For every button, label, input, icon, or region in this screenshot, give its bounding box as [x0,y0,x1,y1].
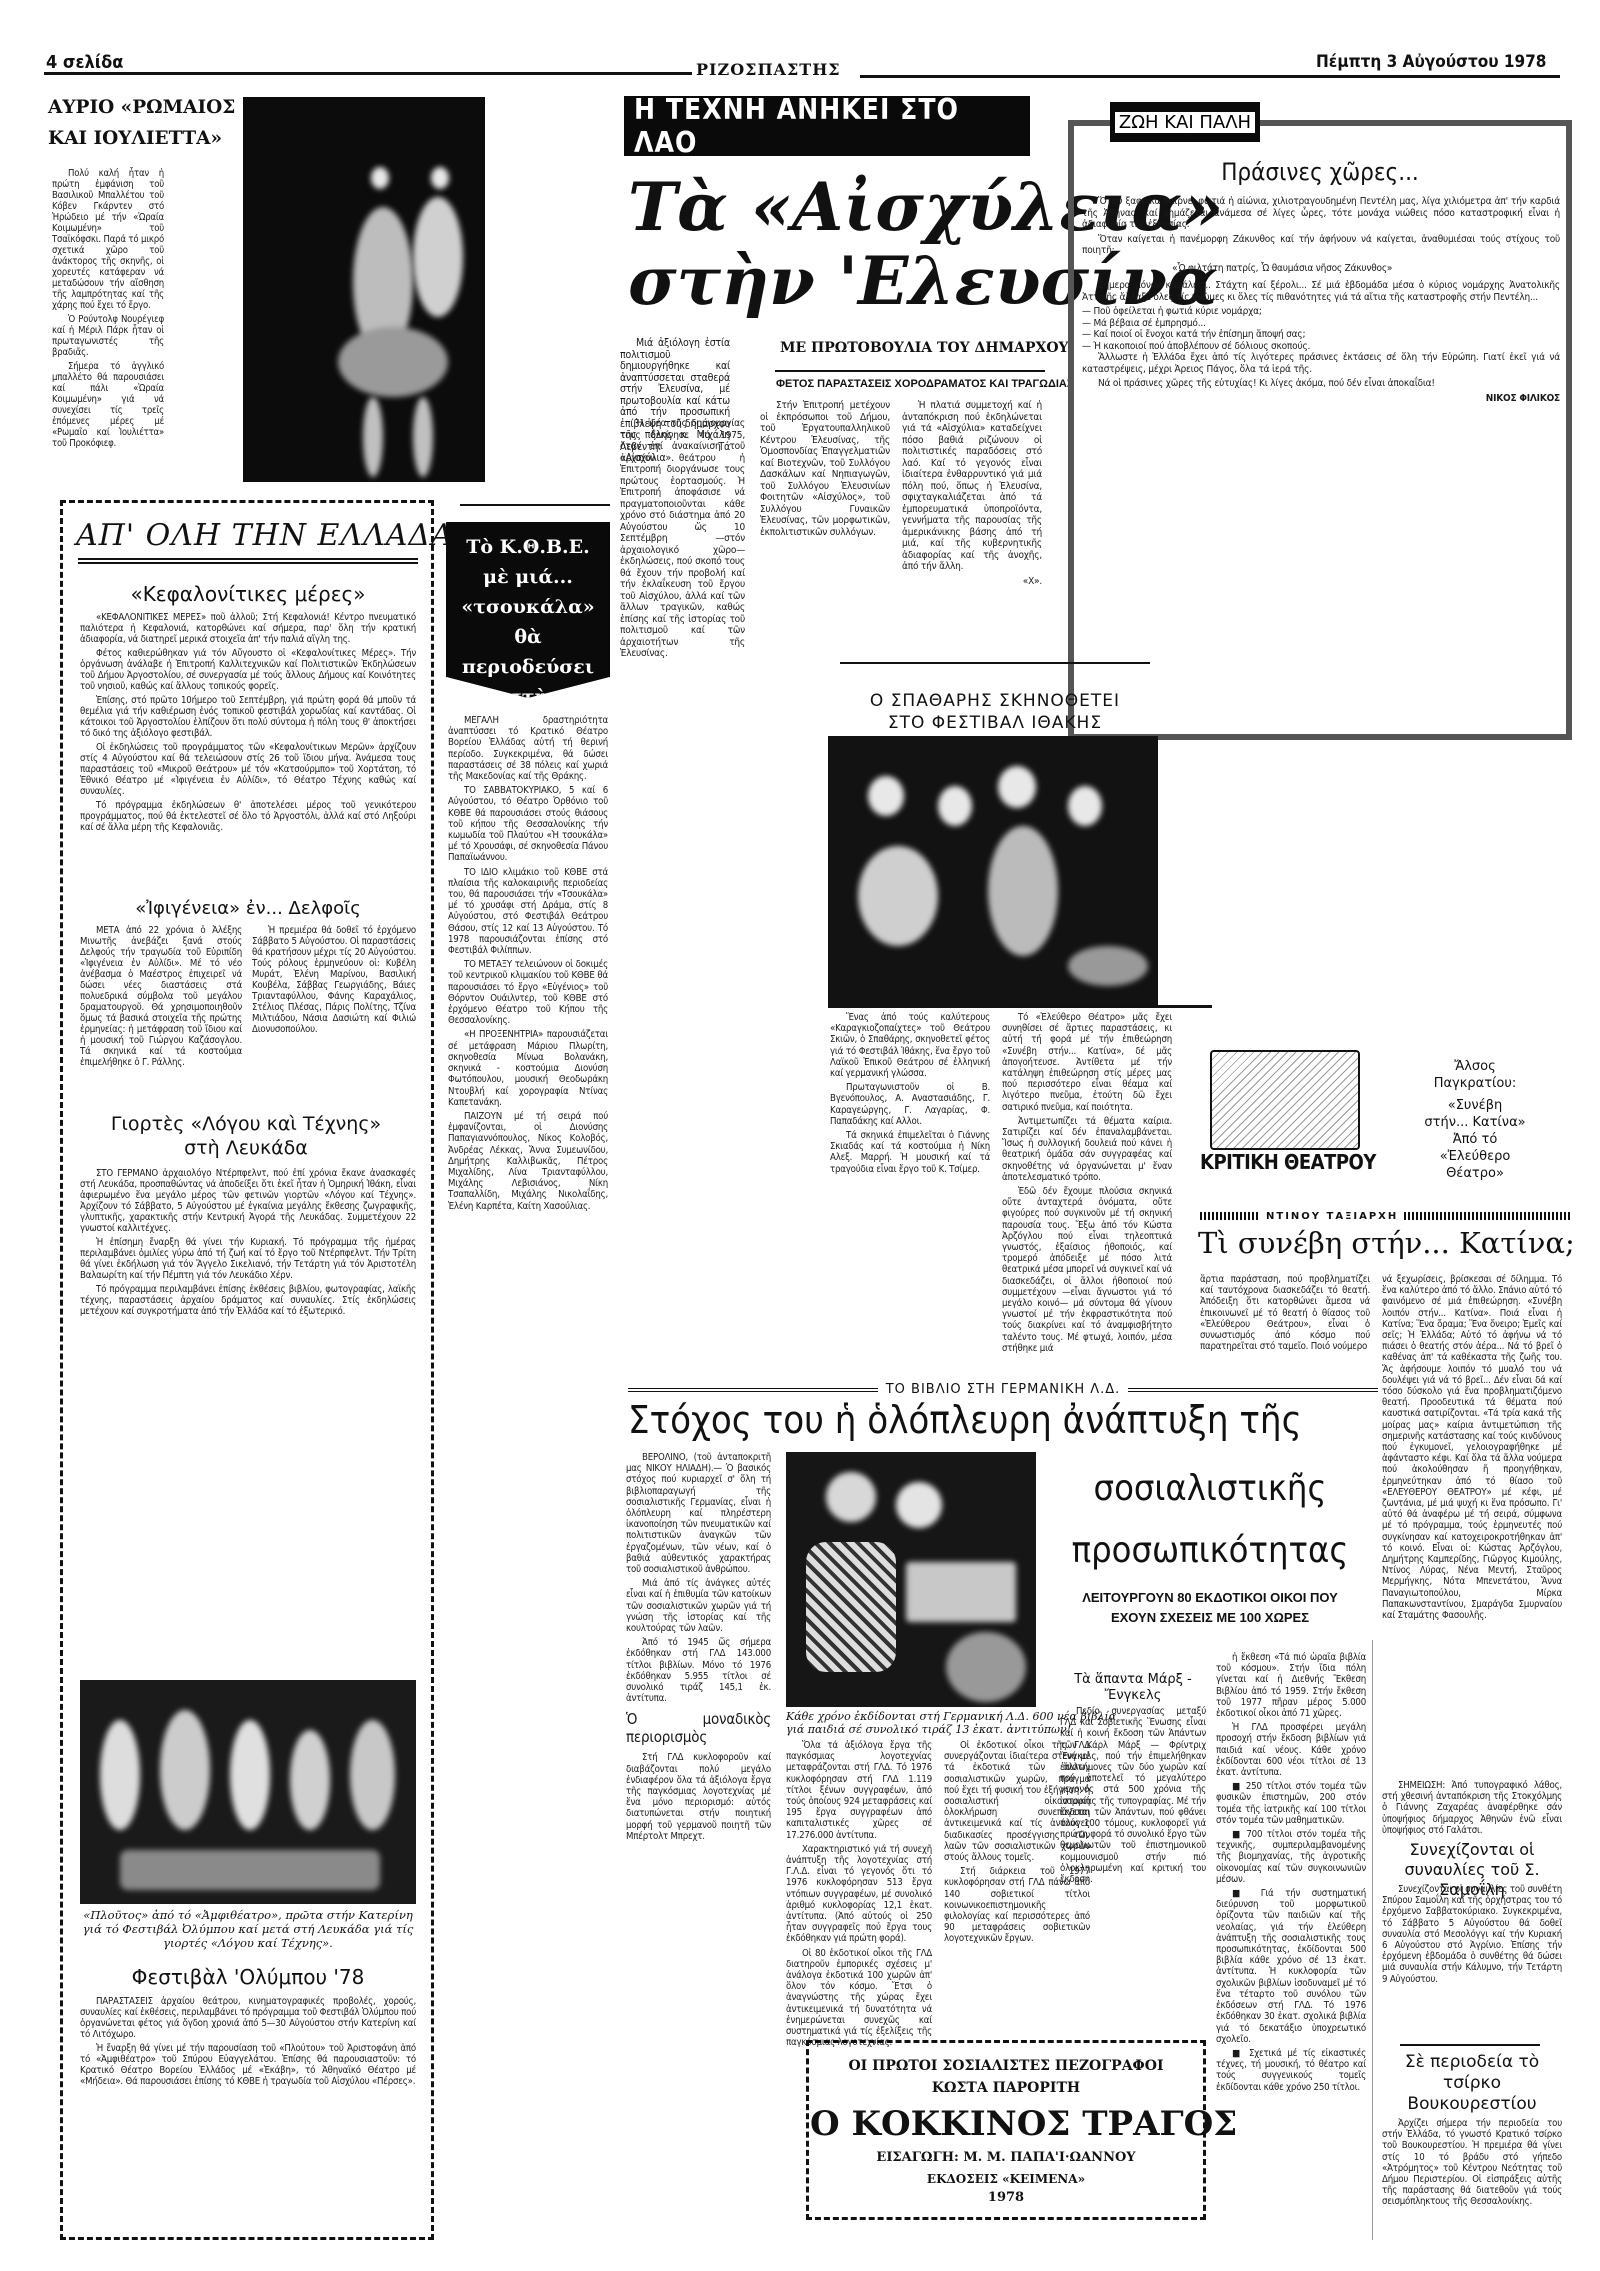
zoi-kai-pali-top-rule [1260,120,1572,126]
review-intro-p2: Ἀντιμετωπίζει τά θέματα καίρια. Σατιρίζε… [1002,1116,1172,1183]
ddr-col-4: Πεδίο συνεργασίας μεταξύ ΓΛΔ καί Σοβιετι… [1060,1706,1206,1888]
ploutos-photo [80,1680,416,1904]
issue-date: Πέμπτη 3 Αὐγούστου 1978 [1316,52,1546,72]
kefalonia-p1: «ΚΕΦΑΛΟΝΙΤΙΚΕΣ ΜΕΡΕΣ» ποῦ ἀλλοῦ; Στή Κεφ… [80,612,416,645]
venue-line: Παγκρατίου: [1400,1075,1550,1092]
review-col-3: νά ξεχωρίσεις, βρίσκεσαι σέ δίλημμα. Τό … [1382,1274,1562,1621]
giortes-title: Γιορτὲς «Λόγου καὶ Τέχνης» στὴ Λευκάδα [96,1112,396,1160]
aeschylia-col-3: Ἡ πλατιά συμμετοχή καί ἡ ἀνταπόκριση πού… [902,400,1042,587]
olympus-p1: ΠΑΡΑΣΤΑΣΕΙΣ ἀρχαίου θεάτρου, κινηματογρα… [80,1996,416,2040]
zoi-p1: Ὅταν ξαφνικά παίρνει φωτιά ἡ αἰώνια, χιλ… [1082,196,1560,231]
kthve-box-title: Τὸ Κ.Θ.Β.Ε. μὲ μιά... «τσουκάλα» θὰ περι… [453,532,603,742]
review-intro: Τό «Ἐλεύθερο Θέατρο» μᾶς ἔχει συνηθίσει … [1002,1012,1172,1357]
aeschylia-signature: «Χ». [902,576,1042,588]
ddr-headline-line2: σοσιαλιστικῆς [1050,1468,1370,1509]
zoi-p4: Ἄλλωστε ἡ Ἑλλάδα ἔχει ἀπό τίς λιγότερες … [1082,352,1560,375]
ddr-col-2-p2: Χαρακτηριστικό γιά τή συνεχῆ ἀνάπτυξη τῆ… [786,1844,932,1945]
ifigeneia-col-2: Ἡ πρεμιέρα θά δοθεῖ τό ἐρχόμενο Σάββατο … [252,925,416,1038]
kthve-p5: «Η ΠΡΟΞΕΝΗΤΡΙΑ» παρουσιάζεται σέ μετάφρα… [448,1029,608,1107]
review-intro-p3: Ἐδῶ δέν ἔχουμε πλούσια σκηνικά οὔτε ἀντα… [1002,1186,1172,1354]
aeschylia-col-2-text: Στήν Ἐπιτροπή μετέχουν οἱ ἐκπρόσωποι τοῦ… [760,400,890,538]
zoi-kai-pali-body: Ὅταν ξαφνικά παίρνει φωτιά ἡ αἰώνια, χιλ… [1082,196,1560,404]
romeo-paragraph-2: Ὁ Ρούντολφ Νουρέγιεφ καί ἡ Μέριλ Πάρκ ἦτ… [52,314,164,358]
giortes-p2: Ἡ ἐπίσημη ἔναρξη θά γίνει τήν Κυριακή. Τ… [80,1237,416,1281]
zoi-dialogue-line: — Ποῦ ὀφείλεται ἡ φωτιά κύριε νομάρχα; [1082,306,1560,318]
spatharis-title-line2: ΣΤΟ ΦΕΣΤΙΒΑΛ ΙΘΑΚΗΣ [830,712,1160,734]
aeschylia-subhead-2: ΦΕΤΟΣ ΠΑΡΑΣΤΑΣΕΙΣ ΧΟΡΟΔΡΑΜΑΤΟΣ ΚΑΙ ΤΡΑΓΩ… [776,378,1046,390]
kthve-p2: ΤΟ ΣΑΒΒΑΤΟΚΥΡΙΑΚΟ, 5 καί 6 Αὐγούστου, τό… [448,785,608,863]
olympus-p2: Ἡ ἔναρξη θά γίνει μέ τήν παρουσίαση τοῦ … [80,2043,416,2087]
venue-line: «Ἐλεύθερο [1400,1148,1550,1165]
book-ad-publisher: ΕΚΔΟΣΕΙΣ «ΚΕΙΜΕΝΑ» [810,2172,1202,2186]
review-col-2-text: ἄρτια παράσταση, πού προβληματίζει καί τ… [1200,1274,1370,1352]
review-intro-p1: Τό «Ἐλεύθερο Θέατρο» μᾶς ἔχει συνηθίσει … [1002,1012,1172,1113]
masthead-rule-left [44,72,692,75]
venue-line: στήν... Κατίνα» [1400,1114,1550,1131]
spatharis-top-rule [840,662,1150,664]
book-ad-author: ΚΩΣΤΑ ΠΑΡΟΡΙΤΗ [810,2080,1202,2096]
ddr-bullet: ■ Γιά τήν συστηματική διεύρυνση τοῦ μορφ… [1216,1888,1366,2045]
kthve-p4: ΤΟ ΜΕΤΑΞΥ τελειώνουν οἱ δοκιμές τοῦ κεντ… [448,959,608,1026]
ddr-col-5-p2: Ἡ ΓΛΔ προσφέρει μεγάλη προσοχή στήν ἔκδο… [1216,1722,1366,1778]
ddr-bullet: ■ 250 τίτλοι στόν τομέα τῶν φυσικῶν ἐπισ… [1216,1781,1366,1826]
spatharis-body-text-2: Τά σκηνικά ἐπιμελεῖται ὁ Γιάννης Σκιαδάς… [830,1130,990,1175]
ddr-bullet: ■ Σχετικά μέ τίς εἰκαστικές τέχνες, τή μ… [1216,2048,1366,2093]
giortes-p3: Τό πρόγραμμα περιλαμβάνει ἐπίσης ἐκθέσει… [80,1284,416,1317]
giortes-p1: ΣΤΟ ΓΕΡΜΑΝΟ ἀρχαιολόγο Ντέρπφελντ, πού ἐ… [80,1168,416,1234]
giortes-body: ΣΤΟ ΓΕΡΜΑΝΟ ἀρχαιολόγο Ντέρπφελντ, πού ἐ… [80,1168,416,1320]
ddr-col-2: Ὅλα τά ἀξιόλογα ἔργα τῆς παγκόσμιας λογο… [786,1740,932,2051]
circus-body: Ἀρχίζει σήμερα τήν περιοδεία του στήν Ἑλ… [1382,2118,1562,2211]
olympus-title: Φεστιβὰλ 'Ολύμπου '78 [76,1965,420,1989]
ddr-section-label-row: ΤΟ ΒΙΒΛΙΟ ΣΤΗ ΓΕΡΜΑΝΙΚΗ Λ.Δ. [628,1382,1378,1397]
kefalonia-p4: Οἱ ἐκδηλώσεις τοῦ προγράμματος τῶν «Κεφα… [80,742,416,797]
ddr-bullet: ■ 700 τίτλοι στόν τομέα τῆς τεχνικῆς, συ… [1216,1829,1366,1885]
circus-top-rule [1400,2044,1540,2046]
aeschylia-col-1: Ἡ ἰδέα τῆς δημιουργίας τους ξεκίνησε τό … [620,418,745,663]
kefalonia-p3: Ἐπίσης, στό πρῶτο 10ήμερο τοῦ Σεπτέμβρη,… [80,695,416,739]
zoi-verse: «Ὦ φιλτάτη πατρίς, Ὦ θαυμάσια νῆσος Ζάκυ… [1082,263,1560,275]
kefalonia-p2: Φέτος καθιερώθηκαν γιά τόν Αὔγουστο οἱ «… [80,648,416,692]
romeo-headline: ΑΥΡΙΟ «ΡΩΜΑΙΟΣ ΚΑΙ ΙΟΥΛΙΕΤΤΑ» [48,92,162,154]
samoil-body-text: Συνεχίζονται οἱ συναυλίες τοῦ συνθέτη Σπ… [1382,1884,1562,1985]
ddr-children-reading-photo [786,1452,1036,1707]
review-author: ΝΤΙΝΟΥ ΤΑΞΙΑΡΧΗ [1266,1211,1398,1222]
zoi-p2: Ὅταν καίγεται ἡ πανέμορφη Ζάκυνθος καί τ… [1082,234,1560,257]
book-ad-title: Ο ΚΟΚΚΙΝΟΣ ΤΡΑΓΟΣ [810,2104,1202,2144]
review-byline: ΝΤΙΝΟΥ ΤΑΞΙΑΡΧΗ [1200,1210,1572,1222]
ifigeneia-col-2-text: Ἡ πρεμιέρα θά δοθεῖ τό ἐρχόμενο Σάββατο … [252,925,416,1035]
ddr-headline-line1: Στόχος του ἡ ὁλόπλευρη ἀνάπτυξη τῆς [628,1398,1388,1442]
book-ad-year: 1978 [810,2190,1202,2205]
ddr-col-5-p1: ἡ ἔκθεση «Τά πιό ὡραῖα βιβλία τοῦ κόσμου… [1216,1652,1366,1719]
samoil-body: Συνεχίζονται οἱ συναυλίες τοῦ συνθέτη Σπ… [1382,1884,1562,1988]
zoi-signature: ΝΙΚΟΣ ΦΙΛΙΚΟΣ [1082,393,1560,405]
square-bullet-icon: ■ [1232,1888,1261,1899]
spatharis-photo [828,736,1158,1008]
spatharis-title-line1: Ο ΣΠΑΘΑΡΗΣ ΣΚΗΝΟΘΕΤΕΙ [830,690,1160,712]
ddr-rule-left [628,1388,878,1392]
venue-line: Ἀπό τό [1400,1131,1550,1148]
romeo-body: Πολύ καλή ἦταν ἡ πρώτη ἐμφάνιση τοῦ Βασι… [52,168,164,452]
ddr-col-1-p3: Ἀπό τό 1945 ὥς σήμερα ἐκδόθηκαν στή ΓΛΔ … [626,1637,771,1704]
aeschylia-subhead-1: ΜΕ ΠΡΩΤΟΒΟΥΛΙΑ ΤΟΥ ΔΗΜΑΡΧΟΥ [780,340,1040,356]
square-bullet-icon: ■ [1232,2048,1249,2059]
spatharis-caption-text: Ἕνας ἀπό τούς καλύτερους «Καραγκιοζοπαίχ… [830,1012,990,1079]
byline-ornament-left [1200,1212,1260,1220]
kthve-p6: ΠΑΙΖΟΥΝ μέ τή σειρά πού ἐμφανίζονται, οἱ… [448,1111,608,1212]
book-ad-intro: ΕΙΣΑΓΩΓΗ: Μ. Μ. ΠΑΠΑ'Ι·ΩΑΝΝΟΥ [810,2150,1202,2165]
aeschylia-col-1-text: Ἡ ἰδέα τῆς δημιουργίας τους ξεκίνησε τό … [620,418,745,660]
kefalonia-body: «ΚΕΦΑΛΟΝΙΤΙΚΕΣ ΜΕΡΕΣ» ποῦ ἀλλοῦ; Στή Κεφ… [80,612,416,836]
ddr-col-2-p1: Ὅλα τά ἀξιόλογα ἔργα τῆς παγκόσμιας λογο… [786,1740,932,1841]
page-number: 4 σελίδα [46,52,123,73]
paper-name: ΡΙΖΟΣΠΑΣΤΗΣ [696,60,841,79]
banner-text: Η ΤΕΧΝΗ ΑΝΗΚΕΙ ΣΤΟ ΛΑΟ [622,89,1032,163]
ploutos-caption: «Πλοῦτος» ἀπό τό «Ἀμφιθέατρο», πρῶτα στή… [80,1908,416,1950]
aeschylia-subhead-rule [775,370,1045,372]
ddr-headline-line3: προσωπικότητας [1030,1530,1390,1571]
zoi-kai-pali-banner: ΖΩΗ ΚΑΙ ΠΑΛΗ [1110,102,1260,142]
ddr-col-1-p1: ΒΕΡΟΛΙΝΟ, (τοῦ ἀνταποκριτῆ μας ΝΙΚΟΥ ΗΛΙ… [626,1452,771,1575]
column-rule [1372,1640,1373,2240]
aeschylia-col-2: Στήν Ἐπιτροπή μετέχουν οἱ ἐκπρόσωποι τοῦ… [760,400,890,541]
review-title: Τὶ συνέβη στήν... Κατίνα; [1198,1226,1578,1260]
ap-oli-section-title: ΑΠ' ΟΛΗ ΤΗΝ ΕΛΛΑΔΑ [76,518,420,553]
kthve-p3: ΤΟ ΙΔΙΟ κλιμάκιο τοῦ ΚΘΒΕ στά πλαίσια τῆ… [448,867,608,957]
zoi-closing: Νά οἱ πράσινες χῶρες τῆς εὐτυχίας! Κι λί… [1082,378,1560,390]
romeo-headline-line1: ΑΥΡΙΟ «ΡΩΜΑΙΟΣ [48,92,162,123]
ap-oli-double-rule [78,558,418,564]
circus-title: Σὲ περιοδεία τὸ τσίρκο Βουκουρεστίου [1382,2052,1562,2115]
ddr-col-1-p5: Στή ΓΛΔ κυκλοφοροῦν καί διαβάζονται πολύ… [626,1752,771,1842]
ddr-col-2-p3: Οἱ 80 ἐκδοτικοί οἶκοι τῆς ΓΛΔ διατηροῦν … [786,1948,932,2049]
correction-note-text: ΣΗΜΕΙΩΣΗ: Ἀπό τυπογραφικό λάθος, στή χθε… [1382,1780,1562,1836]
ddr-subhead: ΛΕΙΤΟΥΡΓΟΥΝ 80 ΕΚΔΟΤΙΚΟΙ ΟΙΚΟΙ ΠΟΥ ΕΧΟΥΝ… [1060,1588,1360,1628]
romeo-paragraph-3: Σήμερα τό ἀγγλικό μπαλλέτο θά παρουσιάσε… [52,361,164,449]
venue-line: Θέατρο» [1400,1165,1550,1182]
review-col-2: ἄρτια παράσταση, πού προβληματίζει καί τ… [1200,1274,1370,1352]
correction-note: ΣΗΜΕΙΩΣΗ: Ἀπό τυπογραφικό λάθος, στή χθε… [1382,1780,1562,1839]
zoi-dialogue-line: — Μά βέβαια σέ ἐμπρησμό... [1082,318,1560,330]
zoi-p3: Σήμερα μόνον καψάλες... Στάχτη καί ξέρολ… [1082,280,1560,303]
zoi-dialogue-line: — Ἡ κακοποιοί πού ἀποβλέπουν σέ δόλιους … [1082,341,1560,353]
ddr-section-label: ΤΟ ΒΙΒΛΙΟ ΣΤΗ ΓΕΡΜΑΝΙΚΗ Λ.Δ. [886,1382,1121,1397]
romeo-headline-line2: ΚΑΙ ΙΟΥΛΙΕΤΤΑ» [48,123,162,154]
ddr-bullet-text: Γιά τήν συστηματική διεύρυνση τοῦ μορφωτ… [1216,1888,1366,2045]
masthead-rule-right [860,75,1560,78]
aeschylia-headline-line1: Τὰ «Αἰσχύλεια» [628,170,1048,244]
review-venue: Ἄλσος Παγκρατίου: «Συνέβη στήν... Κατίνα… [1400,1058,1550,1182]
aeschylia-col-3-text: Ἡ πλατιά συμμετοχή καί ἡ ἀνταπόκριση πού… [902,400,1042,573]
ddr-col-1: ΒΕΡΟΛΙΝΟ, (τοῦ ἀνταποκριτῆ μας ΝΙΚΟΥ ΗΛΙ… [626,1452,771,1845]
circus-body-text: Ἀρχίζει σήμερα τήν περιοδεία του στήν Ἑλ… [1382,2118,1562,2208]
spatharis-body-text: Πρωταγωνιστοῦν οἱ Β. Βγενόπουλος, Α. Ανα… [830,1082,990,1127]
ballet-photo [243,97,485,482]
kthve-top-rule [460,504,610,506]
spatharis-title: Ο ΣΠΑΘΑΡΗΣ ΣΚΗΝΟΘΕΤΕΙ ΣΤΟ ΦΕΣΤΙΒΑΛ ΙΘΑΚΗ… [830,690,1160,734]
ddr-col-1-p2: Μιά ἀπό τίς ἀνάγκες αὐτές εἶναι καί ἡ ἐπ… [626,1578,771,1634]
theatre-masks-illustration-icon [1210,1050,1360,1150]
marx-engels-title: Τὰ ἅπαντα Μάρξ - Ἔνγκελς [1060,1672,1206,1704]
ddr-rule-right [1128,1388,1378,1392]
review-col-3-text: νά ξεχωρίσεις, βρίσκεσαι σέ δίλημμα. Τό … [1382,1274,1562,1621]
kthve-body: ΜΕΓΑΛΗ δραστηριότητα ἀναπτύσσει τό Κρατι… [448,715,608,1215]
kefalonia-title: «Κεφαλονίτικες μέρες» [76,582,420,606]
olympus-body: ΠΑΡΑΣΤΑΣΕΙΣ ἀρχαίου θεάτρου, κινηματογρα… [80,1996,416,2090]
kthve-p1: ΜΕΓΑΛΗ δραστηριότητα ἀναπτύσσει τό Κρατι… [448,715,608,782]
square-bullet-icon: ■ [1232,1829,1246,1840]
byline-ornament-right [1404,1212,1572,1220]
venue-line: «Συνέβη [1400,1097,1550,1114]
zoi-kai-pali-top-rule-left [1068,120,1110,126]
venue-line: Ἄλσος [1400,1058,1550,1075]
aeschylia-headline-line2: στὴν 'Ελευσίνα [628,244,1048,318]
theatre-review-section-label: ΚΡΙΤΙΚΗ ΘΕΑΤΡΟΥ [1200,1150,1370,1174]
ifigeneia-col-1-text: ΜΕΤΑ ἀπό 22 χρόνια ὁ Ἀλέξης Μινωτῆς ἀνεβ… [80,925,242,1068]
square-bullet-icon: ■ [1232,1781,1246,1792]
ddr-subsection-title: Ὁ μοναδικὸς περιορισμὸς [626,1710,771,1746]
banner-art-belongs-to-people: Η ΤΕΧΝΗ ΑΝΗΚΕΙ ΣΤΟ ΛΑΟ [622,96,1032,156]
review-top-rule [1002,1005,1212,1008]
ifigeneia-title: «Ἰφιγένεια» ἐν... Δελφοῖς [76,898,420,919]
theatre-review-logo: ΚΡΙΤΙΚΗ ΘΕΑΤΡΟΥ [1200,1050,1370,1192]
romeo-paragraph-1: Πολύ καλή ἦταν ἡ πρώτη ἐμφάνιση τοῦ Βασι… [52,168,164,311]
aeschylia-headline: Τὰ «Αἰσχύλεια» στὴν 'Ελευσίνα [628,170,1048,318]
zoi-kai-pali-banner-text: ΖΩΗ ΚΑΙ ΠΑΛΗ [1115,112,1255,133]
ddr-col-5: ἡ ἔκθεση «Τά πιό ὡραῖα βιβλία τοῦ κόσμου… [1216,1652,1366,2096]
kefalonia-p5: Τό πρόγραμμα ἐκδηλώσεων θ' ἀποτελέσει μέ… [80,800,416,833]
spatharis-caption: Ἕνας ἀπό τούς καλύτερους «Καραγκιοζοπαίχ… [830,1012,990,1178]
zoi-kai-pali-title: Πράσινες χῶρες... [1080,158,1560,186]
ifigeneia-col-1: ΜΕΤΑ ἀπό 22 χρόνια ὁ Ἀλέξης Μινωτῆς ἀνεβ… [80,925,242,1071]
book-ad-line1: ΟΙ ΠΡΩΤΟΙ ΣΟΣΙΑΛΙΣΤΕΣ ΠΕΖΟΓΡΑΦΟΙ [810,2058,1202,2074]
ddr-col-4-text: Πεδίο συνεργασίας μεταξύ ΓΛΔ καί Σοβιετι… [1060,1706,1206,1885]
zoi-dialogue-line: — Καί ποιοί οἱ ἔνοχοι κατά τήν ἐπίσημη ἄ… [1082,329,1560,341]
kthve-box: Τὸ Κ.Θ.Β.Ε. μὲ μιά... «τσουκάλα» θὰ περι… [446,522,610,698]
